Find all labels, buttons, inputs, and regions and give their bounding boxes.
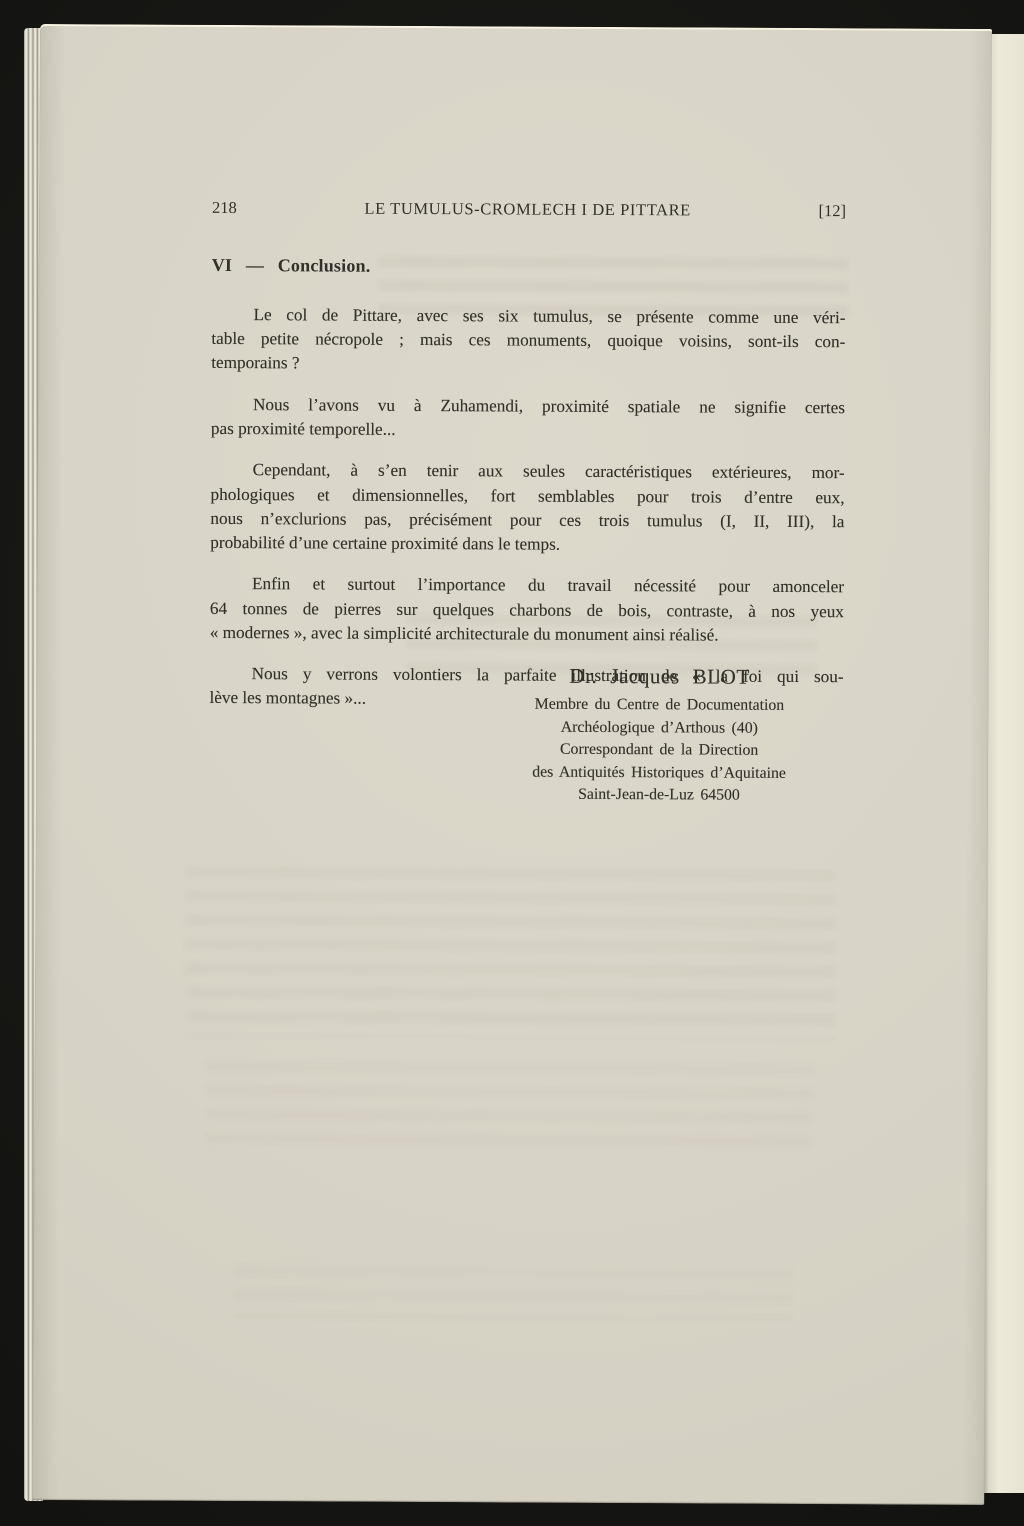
text-line: nous n’exclurions pas, précisément pour … — [210, 507, 844, 535]
show-through-ghost — [185, 867, 836, 1040]
text-line: table petite nécropole ; mais ces monume… — [211, 327, 845, 355]
author-name: Dr. Jacques BLOT — [447, 663, 873, 690]
text-line: phologiques et dimensionnelles, fort sem… — [210, 482, 844, 510]
author-signature: Dr. Jacques BLOT Membre du Centre de Doc… — [446, 663, 873, 808]
photo-background: 218 LE TUMULUS-CROMLECH I DE PITTARE [12… — [0, 0, 1024, 1526]
text-line: Le col de Pittare, avec ses six tumulus,… — [211, 303, 845, 331]
running-header: 218 LE TUMULUS-CROMLECH I DE PITTARE [12… — [212, 198, 846, 221]
text-line: Nous l’avons vu à Zuhamendi, proximité s… — [211, 393, 845, 421]
text-line: « modernes », avec la simplicité archite… — [210, 621, 844, 649]
book-page: 218 LE TUMULUS-CROMLECH I DE PITTARE [12… — [32, 24, 992, 1505]
author-affiliation-line: Correspondant de la Direction — [446, 738, 872, 763]
author-affiliation-line: Membre du Centre de Documentation — [446, 693, 872, 718]
bracket-page-number: [12] — [818, 201, 846, 221]
author-address-line: Saint-Jean-de-Luz 64500 — [446, 784, 872, 809]
text-line: temporains ? — [211, 351, 845, 379]
author-affiliation-line: Archéologique d’Arthous (40) — [446, 716, 872, 741]
running-title: LE TUMULUS-CROMLECH I DE PITTARE — [364, 199, 691, 221]
section-heading: VI — Conclusion. — [212, 255, 371, 277]
text-line: pas proximité temporelle... — [211, 417, 845, 445]
page-number: 218 — [212, 198, 237, 218]
author-affiliation-line: des Antiquités Historiques d’Aquitaine — [446, 761, 872, 786]
text-line: Cependant, à s’en tenir aux seules carac… — [211, 458, 845, 486]
show-through-ghost — [233, 1265, 793, 1322]
text-line: Enfin et surtout l’importance du travail… — [210, 572, 844, 600]
show-through-ghost — [204, 1061, 814, 1160]
text-line: 64 tonnes de pierres sur quelques charbo… — [210, 596, 844, 624]
text-line: probabilité d’une certaine proximité dan… — [210, 531, 844, 559]
